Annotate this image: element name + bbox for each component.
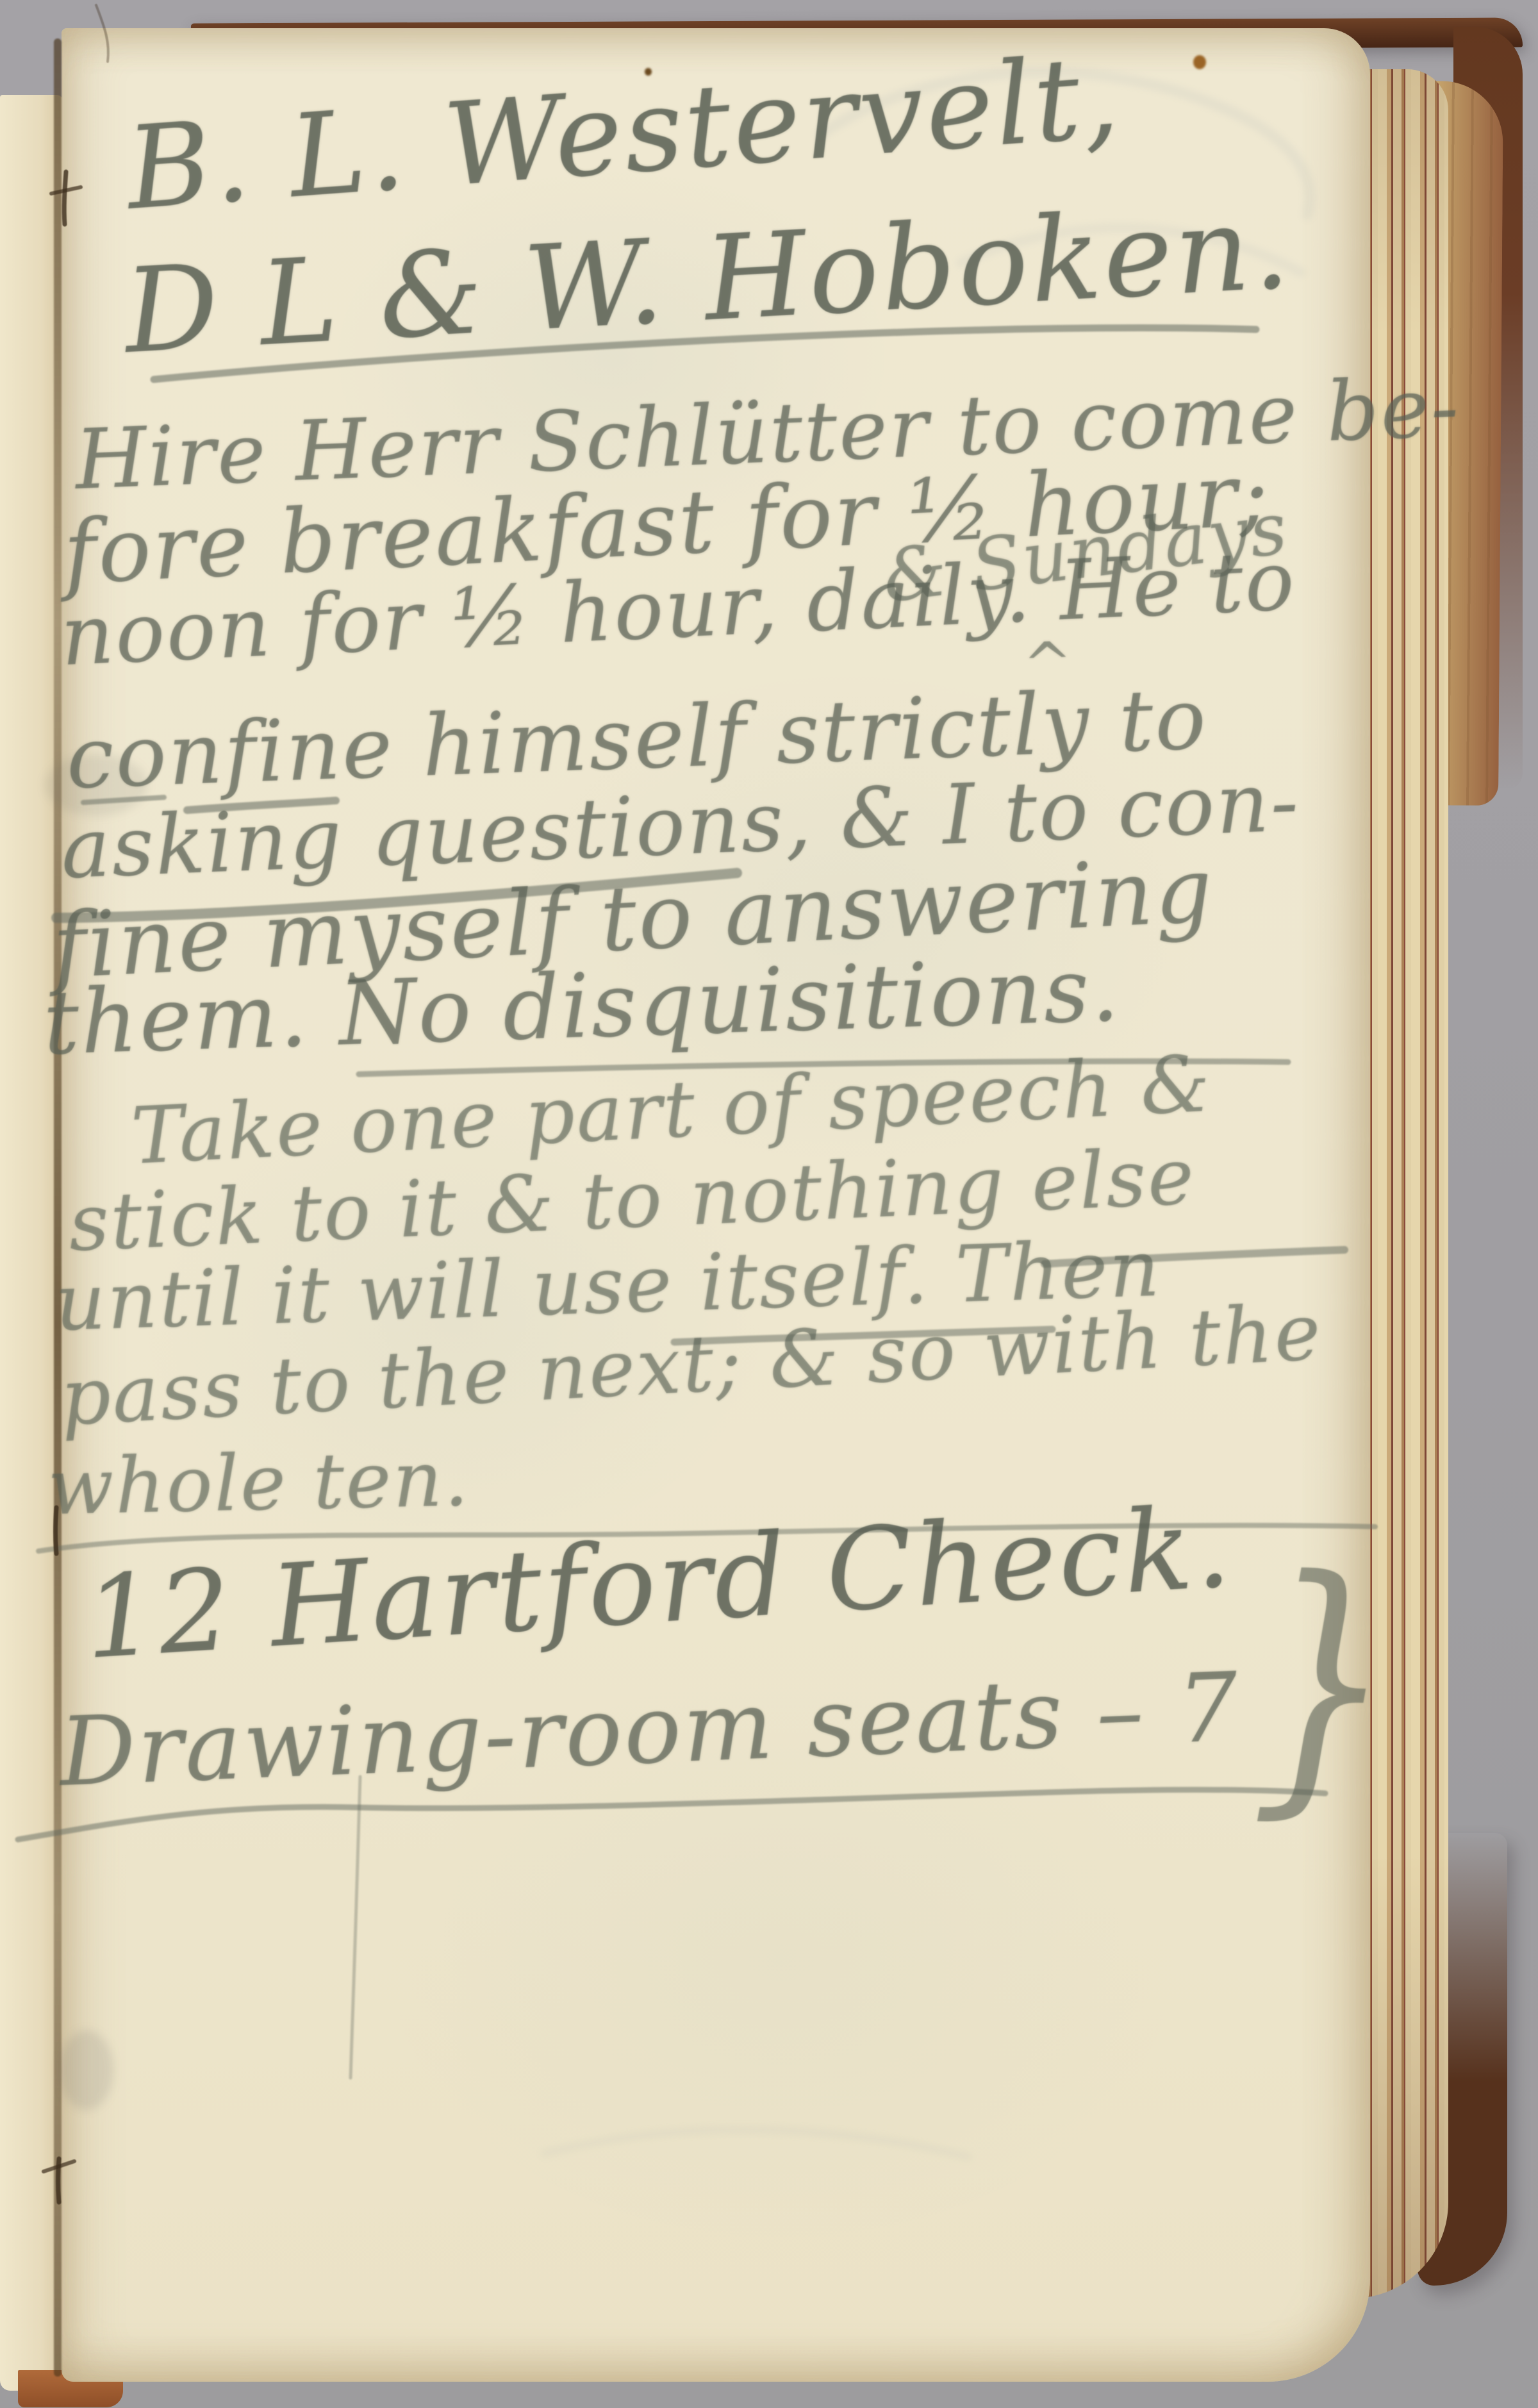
binding-gutter-line	[54, 38, 62, 2377]
notebook-scan: B. L. Westervelt, D L & W. Hoboken. Hire…	[0, 0, 1538, 2408]
hand-brace: }	[1250, 1543, 1399, 1822]
foxing-stain-dot	[1193, 55, 1206, 69]
entry2-line-5: whole ten.	[47, 1441, 470, 1527]
